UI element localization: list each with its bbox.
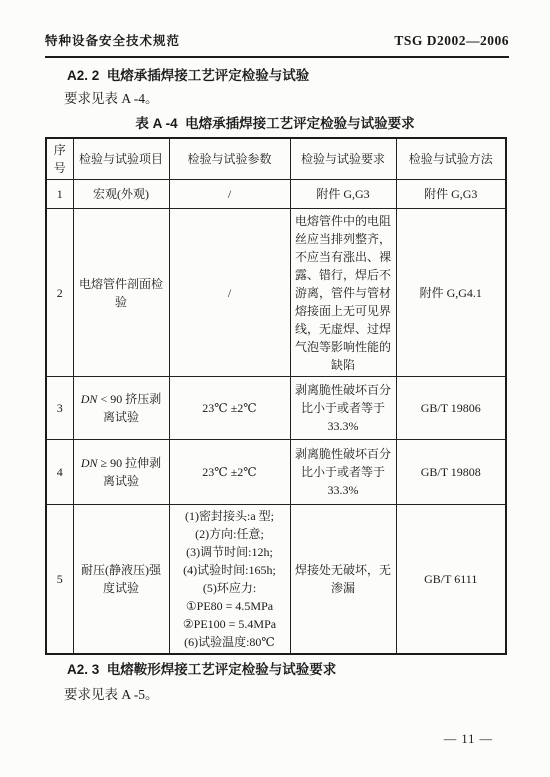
cell-param: 23℃ ±2℃ <box>169 377 290 440</box>
running-header: 特种设备安全技术规范 TSG D2002—2006 <box>45 31 509 58</box>
cell-param: (1)密封接头:a 型; (2)方向:任意; (3)调节时间:12h; (4)试… <box>169 505 290 655</box>
table-row: 3 DN < 90 挤压剥离试验 23℃ ±2℃ 剥离脆性破坏百分比小于或者等于… <box>46 377 506 440</box>
header-standard-name: 特种设备安全技术规范 <box>45 31 180 49</box>
cell-item-text: ≥ 90 拉伸剥离试验 <box>98 456 162 488</box>
cell-item: DN < 90 挤压剥离试验 <box>73 377 169 440</box>
cell-item: 宏观(外观) <box>73 180 169 209</box>
cell-item: 电熔管件剖面检验 <box>73 209 169 377</box>
cell-method: GB/T 19808 <box>396 440 506 505</box>
cell-requirement: 剥离脆性破坏百分比小于或者等于 33.3% <box>290 377 396 440</box>
cell-requirement: 焊接处无破坏，无渗漏 <box>290 505 396 655</box>
table-row: 4 DN ≥ 90 拉伸剥离试验 23℃ ±2℃ 剥离脆性破坏百分比小于或者等于… <box>46 440 506 505</box>
section-body-a23: 要求见表 A -5。 <box>64 683 159 703</box>
header-standard-code: TSG D2002—2006 <box>394 33 509 49</box>
dn-symbol: DN <box>81 392 98 406</box>
cell-seq: 3 <box>46 377 73 440</box>
document-page: 特种设备安全技术规范 TSG D2002—2006 A2. 2 电熔承插焊接工艺… <box>0 0 550 777</box>
header-cell-seq: 序号 <box>46 138 73 180</box>
cell-method: 附件 G,G3 <box>396 180 506 209</box>
header-cell-item: 检验与试验项目 <box>73 138 169 180</box>
table-row: 2 电熔管件剖面检验 / 电熔管件中的电阻丝应当排列整齐，不应当有涨出、裸露、错… <box>46 209 506 377</box>
cell-requirement: 剥离脆性破坏百分比小于或者等于 33.3% <box>290 440 396 505</box>
page-number: — 11 — <box>444 732 493 747</box>
cell-requirement: 电熔管件中的电阻丝应当排列整齐，不应当有涨出、裸露、错行，焊后不游离，管件与管材… <box>290 209 396 377</box>
dn-symbol: DN <box>81 456 98 470</box>
header-cell-method: 检验与试验方法 <box>396 138 506 180</box>
spec-table: 序号 检验与试验项目 检验与试验参数 检验与试验要求 检验与试验方法 1 宏观(… <box>45 137 507 655</box>
cell-seq: 4 <box>46 440 73 505</box>
cell-item: DN ≥ 90 拉伸剥离试验 <box>73 440 169 505</box>
section-heading-a23: A2. 3 电熔鞍形焊接工艺评定检验与试验要求 <box>67 658 336 678</box>
cell-param: / <box>169 180 290 209</box>
table-row: 1 宏观(外观) / 附件 G,G3 附件 G,G3 <box>46 180 506 209</box>
cell-method: GB/T 6111 <box>396 505 506 655</box>
header-cell-param: 检验与试验参数 <box>169 138 290 180</box>
cell-param: / <box>169 209 290 377</box>
cell-seq: 1 <box>46 180 73 209</box>
cell-requirement: 附件 G,G3 <box>290 180 396 209</box>
table-caption: 表 A -4 电熔承插焊接工艺评定检验与试验要求 <box>45 112 505 132</box>
cell-param: 23℃ ±2℃ <box>169 440 290 505</box>
table-row: 5 耐压(静液压)强度试验 (1)密封接头:a 型; (2)方向:任意; (3)… <box>46 505 506 655</box>
section-body-a22: 要求见表 A -4。 <box>64 87 159 107</box>
cell-method: GB/T 19806 <box>396 377 506 440</box>
cell-item-text: < 90 挤压剥离试验 <box>97 392 161 424</box>
header-cell-requirement: 检验与试验要求 <box>290 138 396 180</box>
cell-item: 耐压(静液压)强度试验 <box>73 505 169 655</box>
cell-seq: 2 <box>46 209 73 377</box>
cell-method: 附件 G,G4.1 <box>396 209 506 377</box>
cell-seq: 5 <box>46 505 73 655</box>
table-header-row: 序号 检验与试验项目 检验与试验参数 检验与试验要求 检验与试验方法 <box>46 138 506 180</box>
section-heading-a22: A2. 2 电熔承插焊接工艺评定检验与试验 <box>67 64 309 84</box>
